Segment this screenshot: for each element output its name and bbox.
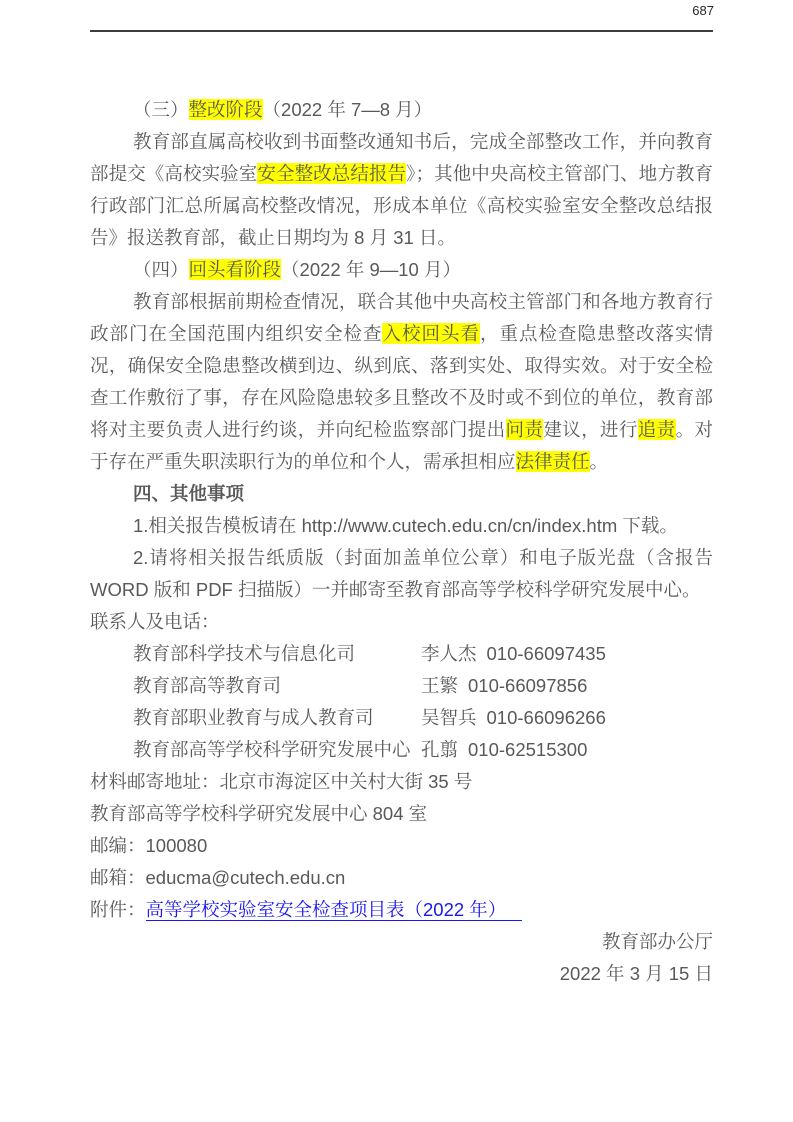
attachment-link[interactable]: 高等学校实验室安全检查项目表（2022 年） — [146, 899, 523, 921]
contact-department: 教育部高等学校科学研究发展中心 — [133, 734, 421, 766]
issue-date: 2022 年 3 月 15 日 — [90, 958, 713, 990]
mail-address-line-2: 教育部高等学校科学研究发展中心 804 室 — [90, 798, 713, 830]
mail-address-line-1: 材料邮寄地址：北京市海淀区中关村大街 35 号 — [90, 766, 713, 798]
contact-phone: 010-66097435 — [487, 638, 606, 670]
contact-row: 教育部高等学校科学研究发展中心 孔翦 010-62515300 — [133, 734, 713, 766]
section-3-heading: （三）整改阶段（2022 年 7—8 月） — [90, 94, 713, 126]
text-segment: （四） — [133, 259, 189, 280]
section-4-heading: （四）回头看阶段（2022 年 9—10 月） — [90, 254, 713, 286]
contact-department: 教育部高等教育司 — [133, 670, 421, 702]
postcode-line: 邮编：100080 — [90, 830, 713, 862]
contact-department: 教育部科学技术与信息化司 — [133, 638, 421, 670]
header-rule — [90, 30, 713, 32]
contact-department: 教育部职业教育与成人教育司 — [133, 702, 421, 734]
highlighted-text: 问责 — [506, 419, 544, 440]
contact-person: 王繁 — [421, 670, 458, 702]
paragraph-lookback-stage: 教育部根据前期检查情况，联合其他中央高校主管部门和各地方教育行政部门在全国范围内… — [90, 286, 713, 478]
text-segment: 。 — [590, 451, 609, 472]
contact-phone: 010-62515300 — [468, 734, 587, 766]
issuer-signature: 教育部办公厅 — [90, 926, 713, 958]
contact-phone: 010-66097856 — [468, 670, 587, 702]
contact-phone: 010-66096266 — [487, 702, 606, 734]
text-segment: 建议，进行 — [543, 419, 637, 440]
contact-row: 教育部职业教育与成人教育司 吴智兵 010-66096266 — [133, 702, 713, 734]
text-segment: （2022 年 7—8 月） — [263, 99, 433, 120]
attachment-line: 附件：高等学校实验室安全检查项目表（2022 年） — [90, 894, 713, 926]
page-number: 687 — [692, 3, 714, 18]
other-item-2: 2.请将相关报告纸质版（封面加盖单位公章）和电子版光盘（含报告 WORD 版和 … — [90, 542, 713, 606]
highlighted-text: 法律责任 — [516, 451, 590, 472]
contact-person: 孔翦 — [421, 734, 458, 766]
contact-person: 吴智兵 — [421, 702, 477, 734]
document-body: （三）整改阶段（2022 年 7—8 月） 教育部直属高校收到书面整改通知书后，… — [90, 94, 713, 990]
highlighted-text: 安全整改总结报告 — [257, 163, 406, 184]
contact-person: 李人杰 — [421, 638, 477, 670]
contact-row: 教育部高等教育司 王繁 010-66097856 — [133, 670, 713, 702]
email-line: 邮箱：educma@cutech.edu.cn — [90, 862, 713, 894]
contact-row: 教育部科学技术与信息化司 李人杰 010-66097435 — [133, 638, 713, 670]
paragraph-rectification-stage: 教育部直属高校收到书面整改通知书后，完成全部整改工作，并向教育部提交《高校实验室… — [90, 126, 713, 254]
text-segment: （三） — [133, 99, 189, 120]
contact-label: 联系人及电话： — [90, 606, 713, 638]
text-segment: （2022 年 9—10 月） — [281, 259, 461, 280]
section-other-matters-heading: 四、其他事项 — [90, 478, 713, 510]
highlighted-text: 回头看阶段 — [189, 259, 282, 280]
highlighted-text: 入校回头看 — [382, 323, 480, 344]
other-item-1: 1.相关报告模板请在 http://www.cutech.edu.cn/cn/i… — [90, 510, 713, 542]
highlighted-text: 整改阶段 — [189, 99, 263, 120]
highlighted-text: 追责 — [638, 419, 676, 440]
document-page: 687 （三）整改阶段（2022 年 7—8 月） 教育部直属高校收到书面整改通… — [0, 0, 793, 1122]
attachment-label: 附件： — [90, 899, 146, 920]
